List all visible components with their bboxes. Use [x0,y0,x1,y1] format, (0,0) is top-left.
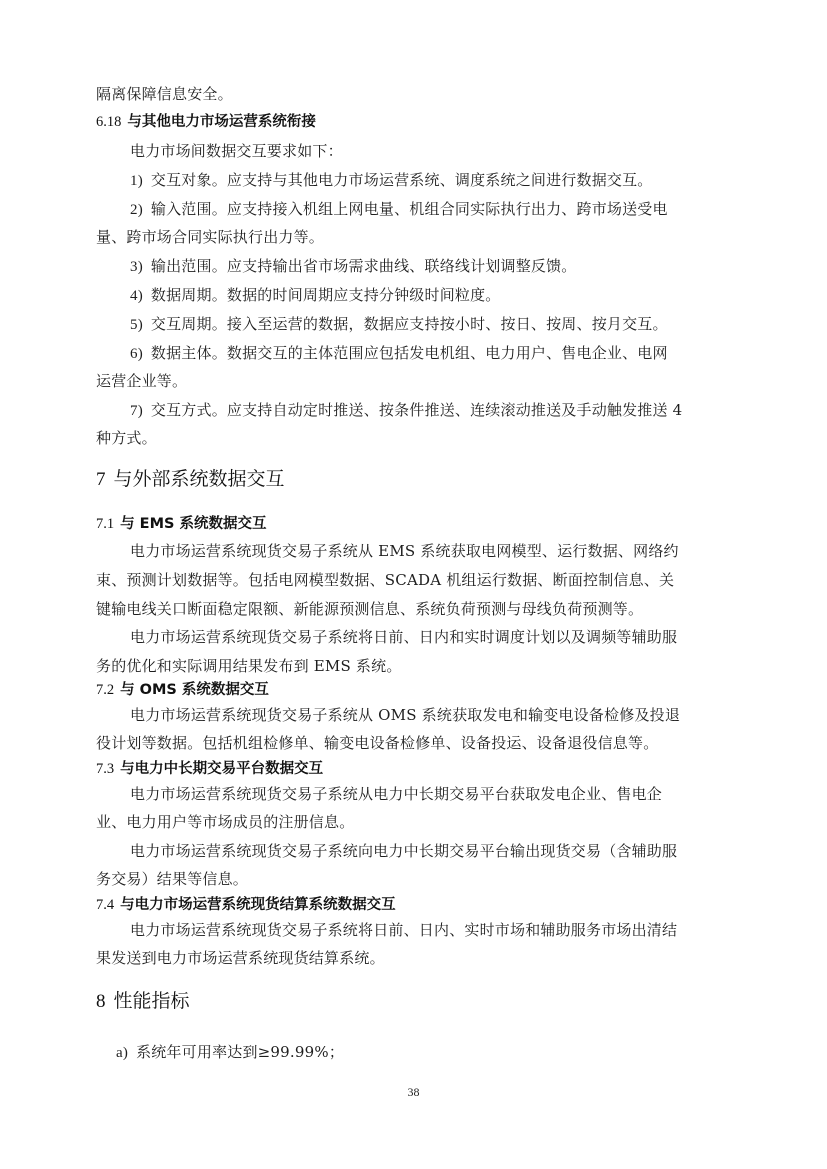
paragraph-line: 电力市场运营系统现货交易子系统将日前、日内、实时市场和辅助服务市场出清结 [130,920,731,940]
item-text: 数据周期。数据的时间周期应支持分钟级时间粒度。 [151,286,501,304]
item-number: a) [116,1045,128,1061]
list-item-7-continuation: 种方式。 [96,428,731,448]
item-text: 交互对象。应支持与其他电力市场运营系统、调度系统之间进行数据交互。 [151,171,653,189]
item-number: 5) [130,317,143,333]
item-number: 7) [130,403,143,419]
paragraph-line: 电力市场运营系统现货交易子系统从电力中长期交易平台获取发电企业、售电企 [130,784,731,804]
section-number: 7.1 [96,516,114,532]
paragraph-line: 束、预测计划数据等。包括电网模型数据、SCADA 机组运行数据、断面控制信息、关 [96,570,731,590]
section-number: 7.2 [96,682,114,698]
section-number: 7 [96,469,106,490]
paragraph-line: 果发送到电力市场运营系统现货结算系统。 [96,948,731,968]
section-6-18-heading: 6.18与其他电力市场运营系统衔接 [96,112,316,132]
paragraph-line: 业、电力用户等市场成员的注册信息。 [96,812,731,832]
continuation-text: 隔离保障信息安全。 [96,84,731,104]
section-title: 与 OMS 系统数据交互 [120,682,269,698]
item-number: 2) [130,202,143,218]
paragraph-line: 键输电线关口断面稳定限额、新能源预测信息、系统负荷预测与母线负荷预测等。 [96,599,731,619]
section-number: 8 [96,991,106,1012]
paragraph-line: 电力市场运营系统现货交易子系统从 EMS 系统获取电网模型、运行数据、网络约 [130,541,731,561]
section-6-18-intro: 电力市场间数据交互要求如下： [130,141,731,161]
item-text: 系统年可用率达到≥99.99%； [136,1043,344,1061]
section-number: 6.18 [96,114,121,130]
item-number: 3) [130,259,143,275]
list-item-7: 7)交互方式。应支持自动定时推送、按条件推送、连续滚动推送及手动触发推送 4 [130,400,731,421]
section-number: 7.3 [96,761,114,777]
item-number: 4) [130,288,143,304]
paragraph-line: 务的优化和实际调用结果发布到 EMS 系统。 [96,656,731,676]
page-number: 38 [0,1085,827,1100]
section-7-3-heading: 7.3与电力中长期交易平台数据交互 [96,759,323,779]
document-page: 隔离保障信息安全。 6.18与其他电力市场运营系统衔接 电力市场间数据交互要求如… [0,0,827,1169]
list-item-6-continuation: 运营企业等。 [96,371,731,391]
list-item-5: 5)交互周期。接入至运营的数据，数据应支持按小时、按日、按周、按月交互。 [130,314,731,335]
list-item-a: a)系统年可用率达到≥99.99%； [116,1042,751,1063]
section-7-1-heading: 7.1与 EMS 系统数据交互 [96,514,267,534]
section-7-4-heading: 7.4与电力市场运营系统现货结算系统数据交互 [96,895,396,915]
paragraph-line: 电力市场运营系统现货交易子系统向电力中长期交易平台输出现货交易（含辅助服 [130,841,731,861]
item-text: 输出范围。应支持输出省市场需求曲线、联络线计划调整反馈。 [151,257,577,275]
item-number: 1) [130,173,143,189]
section-title: 与 EMS 系统数据交互 [120,516,266,532]
section-7-heading: 7与外部系统数据交互 [96,466,285,493]
section-number: 7.4 [96,897,114,913]
section-title: 与电力市场运营系统现货结算系统数据交互 [120,897,396,913]
section-8-heading: 8性能指标 [96,988,190,1015]
item-text: 输入范围。应支持接入机组上网电量、机组合同实际执行出力、跨市场送受电 [151,200,668,218]
paragraph-line: 电力市场运营系统现货交易子系统将日前、日内和实时调度计划以及调频等辅助服 [130,627,731,647]
list-item-2: 2)输入范围。应支持接入机组上网电量、机组合同实际执行出力、跨市场送受电 [130,199,731,220]
list-item-6: 6)数据主体。数据交互的主体范围应包括发电机组、电力用户、售电企业、电网 [130,343,731,364]
item-text: 交互方式。应支持自动定时推送、按条件推送、连续滚动推送及手动触发推送 4 [151,401,683,419]
list-item-1: 1)交互对象。应支持与其他电力市场运营系统、调度系统之间进行数据交互。 [130,170,731,191]
paragraph-line: 电力市场运营系统现货交易子系统从 OMS 系统获取发电和输变电设备检修及投退 [130,705,731,725]
section-title: 与外部系统数据交互 [114,468,285,490]
list-item-3: 3)输出范围。应支持输出省市场需求曲线、联络线计划调整反馈。 [130,256,731,277]
item-text: 数据主体。数据交互的主体范围应包括发电机组、电力用户、售电企业、电网 [151,344,668,362]
item-text: 交互周期。接入至运营的数据，数据应支持按小时、按日、按周、按月交互。 [151,315,668,333]
section-7-2-heading: 7.2与 OMS 系统数据交互 [96,680,269,700]
paragraph-line: 务交易）结果等信息。 [96,869,731,889]
section-title: 与电力中长期交易平台数据交互 [120,761,323,777]
paragraph-line: 役计划等数据。包括机组检修单、输变电设备检修单、设备投运、设备退役信息等。 [96,733,731,753]
section-title: 性能指标 [114,990,190,1012]
section-title: 与其他电力市场运营系统衔接 [127,114,316,130]
item-number: 6) [130,346,143,362]
list-item-4: 4)数据周期。数据的时间周期应支持分钟级时间粒度。 [130,285,731,306]
list-item-2-continuation: 量、跨市场合同实际执行出力等。 [96,227,731,247]
